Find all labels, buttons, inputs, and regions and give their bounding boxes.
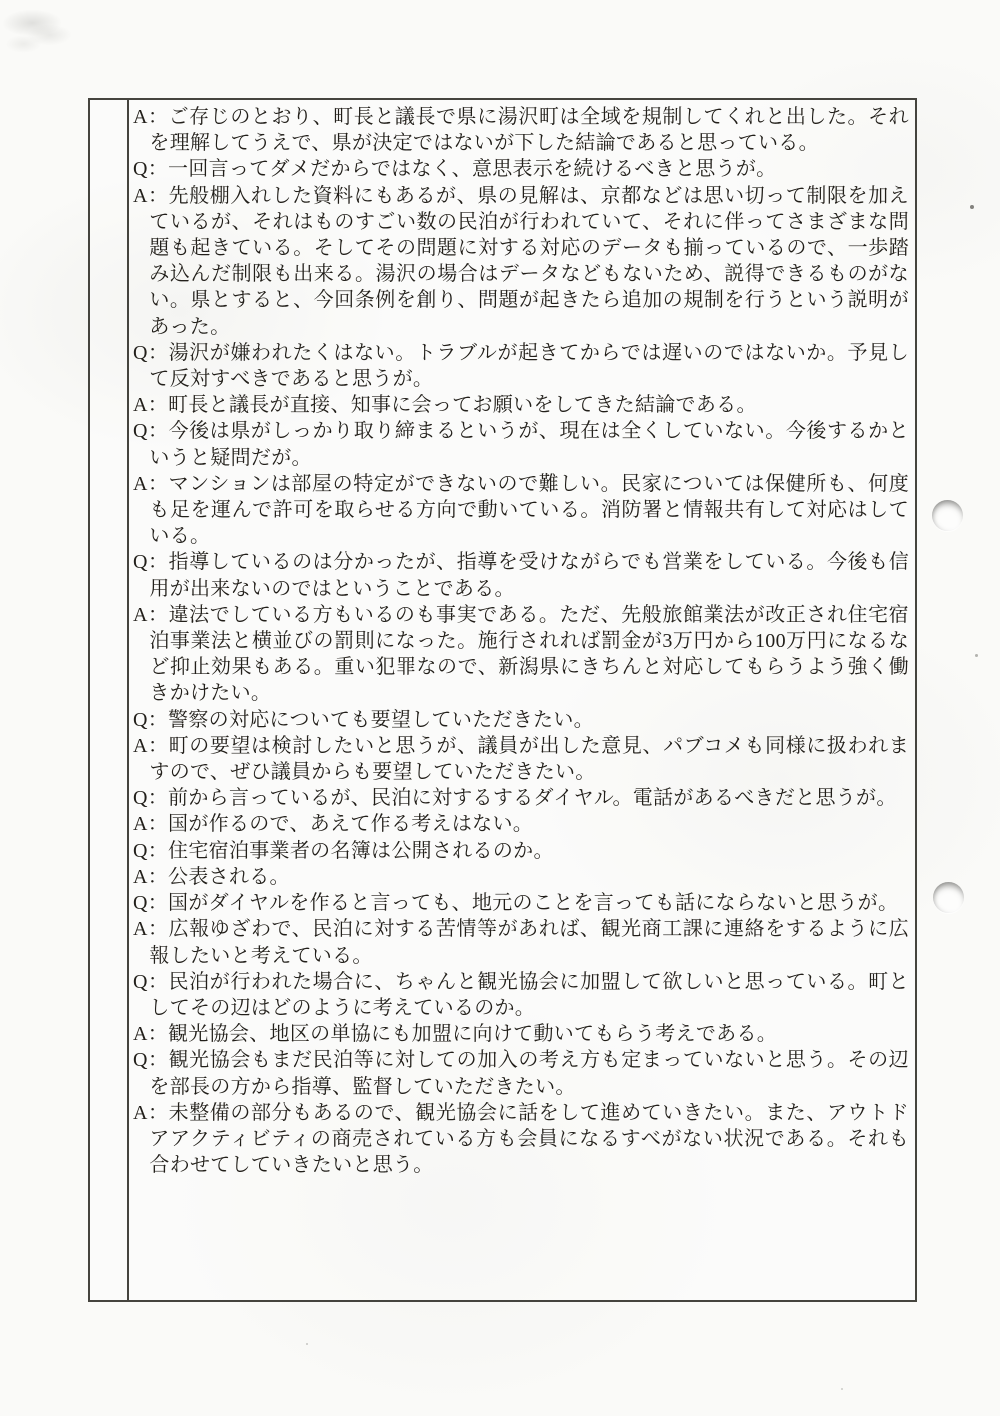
speaker-label: A： bbox=[133, 918, 169, 940]
qa-entry: A：違法でしている方もいるのも事実である。ただ、先般旅館業法が改正され住宅宿泊事… bbox=[133, 602, 909, 707]
qa-entry: A：未整備の部分もあるので、観光協会に話をして進めていきたい。また、アウトドアア… bbox=[133, 1100, 909, 1179]
qa-text: 未整備の部分もあるので、観光協会に話をして進めていきたい。また、アウトドアアクテ… bbox=[149, 1102, 909, 1176]
qa-text: 国がダイヤルを作ると言っても、地元のことを言っても話にならないと思うが。 bbox=[168, 892, 898, 914]
qa-text: 町の要望は検討したいと思うが、議員が出した意見、パブコメも同様に扱われますので、… bbox=[149, 735, 909, 783]
speaker-label: Q： bbox=[133, 342, 169, 364]
qa-text: ご存じのとおり、町長と議長で県に湯沢町は全域を規制してくれと出した。それを理解し… bbox=[149, 106, 909, 154]
speaker-label: Q： bbox=[133, 787, 168, 809]
qa-text: 今後は県がしっかり取り締まるというが、現在は全くしていない。今後するかというと疑… bbox=[149, 420, 909, 468]
qa-text: 一回言ってダメだからではなく、意思表示を続けるべきと思うが。 bbox=[168, 158, 776, 180]
qa-entry: Q：指導しているのは分かったが、指導を受けながらでも営業をしている。今後も信用が… bbox=[133, 549, 909, 601]
scan-speck bbox=[975, 654, 978, 657]
speaker-label: A： bbox=[133, 735, 169, 757]
speaker-label: Q： bbox=[133, 420, 169, 442]
qa-entry: Q：今後は県がしっかり取り締まるというが、現在は全くしていない。今後するかという… bbox=[133, 418, 909, 470]
punch-hole-top bbox=[932, 500, 963, 531]
speaker-label: Q： bbox=[133, 840, 168, 862]
speaker-label: Q： bbox=[133, 1049, 169, 1071]
qa-text: 住宅宿泊事業者の名簿は公開されるのか。 bbox=[168, 840, 554, 862]
speaker-label: A： bbox=[133, 813, 168, 835]
scan-speck bbox=[306, 1343, 308, 1345]
qa-text: 国が作るので、あえて作る考えはない。 bbox=[168, 813, 533, 835]
qa-entry: Q：国がダイヤルを作ると言っても、地元のことを言っても話にならないと思うが。 bbox=[133, 890, 909, 916]
speaker-label: A： bbox=[133, 866, 168, 888]
qa-text: 公表される。 bbox=[168, 866, 290, 888]
qa-text: 指導しているのは分かったが、指導を受けながらでも営業をしている。今後も信用が出来… bbox=[149, 551, 909, 599]
qa-text: 先般棚入れした資料にもあるが、県の見解は、京都などは思い切って制限を加えているが… bbox=[149, 185, 909, 338]
qa-entry: A：先般棚入れした資料にもあるが、県の見解は、京都などは思い切って制限を加えてい… bbox=[133, 183, 909, 340]
qa-entry: Q：住宅宿泊事業者の名簿は公開されるのか。 bbox=[133, 838, 909, 864]
scan-smudge-top-left bbox=[2, 2, 88, 62]
qa-text: 観光協会、地区の単協にも加盟に向けて動いてもらう考えである。 bbox=[168, 1023, 777, 1045]
qa-text: 警察の対応についても要望していただきたい。 bbox=[168, 709, 594, 731]
qa-entry: A：町長と議長が直接、知事に会ってお願いをしてきた結論である。 bbox=[133, 392, 909, 418]
speaker-label: A： bbox=[133, 604, 169, 626]
speaker-label: A： bbox=[133, 473, 169, 495]
scan-speck bbox=[841, 1388, 843, 1390]
qa-entry: A：国が作るので、あえて作る考えはない。 bbox=[133, 811, 909, 837]
qa-text: 民泊が行われた場合に、ちゃんと観光協会に加盟して欲しいと思っている。町としてその… bbox=[149, 971, 909, 1019]
qa-entry: A：公表される。 bbox=[133, 864, 909, 890]
qa-entry: Q：一回言ってダメだからではなく、意思表示を続けるべきと思うが。 bbox=[133, 156, 909, 182]
speaker-label: A： bbox=[133, 1102, 169, 1124]
qa-list: A：ご存じのとおり、町長と議長で県に湯沢町は全域を規制してくれと出した。それを理… bbox=[129, 100, 915, 1300]
qa-entry: Q：警察の対応についても要望していただきたい。 bbox=[133, 707, 909, 733]
qa-entry: Q：観光協会もまだ民泊等に対しての加入の考え方も定まっていないと思う。その辺を部… bbox=[133, 1047, 909, 1099]
qa-entry: A：観光協会、地区の単協にも加盟に向けて動いてもらう考えである。 bbox=[133, 1021, 909, 1047]
qa-entry: A：マンションは部屋の特定ができないので難しい。民家については保健所も、何度も足… bbox=[133, 471, 909, 550]
speaker-label: Q： bbox=[133, 892, 168, 914]
qa-text: 観光協会もまだ民泊等に対しての加入の考え方も定まっていないと思う。その辺を部長の… bbox=[149, 1049, 909, 1097]
speaker-label: A： bbox=[133, 185, 169, 207]
qa-text: 違法でしている方もいるのも事実である。ただ、先般旅館業法が改正され住宅宿泊事業法… bbox=[149, 604, 909, 705]
qa-entry: A：町の要望は検討したいと思うが、議員が出した意見、パブコメも同様に扱われますの… bbox=[133, 733, 909, 785]
scanned-minutes-page: { "page": { "paper_color": "#fafaf8", "i… bbox=[0, 0, 1000, 1416]
speaker-label: Q： bbox=[133, 971, 169, 993]
speaker-label: Q： bbox=[133, 551, 169, 573]
qa-entry: Q：前から言っているが、民泊に対するするダイヤル。電話があるべきだと思うが。 bbox=[133, 785, 909, 811]
qa-entry: Q：湯沢が嫌われたくはない。トラブルが起きてからでは遅いのではないか。予見して反… bbox=[133, 340, 909, 392]
speaker-label: Q： bbox=[133, 158, 168, 180]
speaker-label: A： bbox=[133, 394, 168, 416]
qa-text: 前から言っているが、民泊に対するするダイヤル。電話があるべきだと思うが。 bbox=[168, 787, 897, 809]
qa-text: 町長と議長が直接、知事に会ってお願いをしてきた結論である。 bbox=[168, 394, 757, 416]
speaker-label: A： bbox=[133, 106, 169, 128]
qa-text: 広報ゆざわで、民泊に対する苦情等があれば、観光商工課に連絡をするように広報したい… bbox=[149, 918, 909, 966]
qa-text: マンションは部屋の特定ができないので難しい。民家については保健所も、何度も足を運… bbox=[149, 473, 909, 547]
table-left-gutter bbox=[90, 100, 129, 1300]
speaker-label: Q： bbox=[133, 709, 168, 731]
speaker-label: A： bbox=[133, 1023, 168, 1045]
qa-text: 湯沢が嫌われたくはない。トラブルが起きてからでは遅いのではないか。予見して反対す… bbox=[149, 342, 909, 390]
qa-entry: A：広報ゆざわで、民泊に対する苦情等があれば、観光商工課に連絡をするように広報し… bbox=[133, 916, 909, 968]
minutes-table: A：ご存じのとおり、町長と議長で県に湯沢町は全域を規制してくれと出した。それを理… bbox=[88, 98, 917, 1302]
qa-entry: A：ご存じのとおり、町長と議長で県に湯沢町は全域を規制してくれと出した。それを理… bbox=[133, 104, 909, 156]
qa-entry: Q：民泊が行われた場合に、ちゃんと観光協会に加盟して欲しいと思っている。町として… bbox=[133, 969, 909, 1021]
scan-speck bbox=[970, 205, 974, 209]
punch-hole-bottom bbox=[933, 882, 964, 913]
